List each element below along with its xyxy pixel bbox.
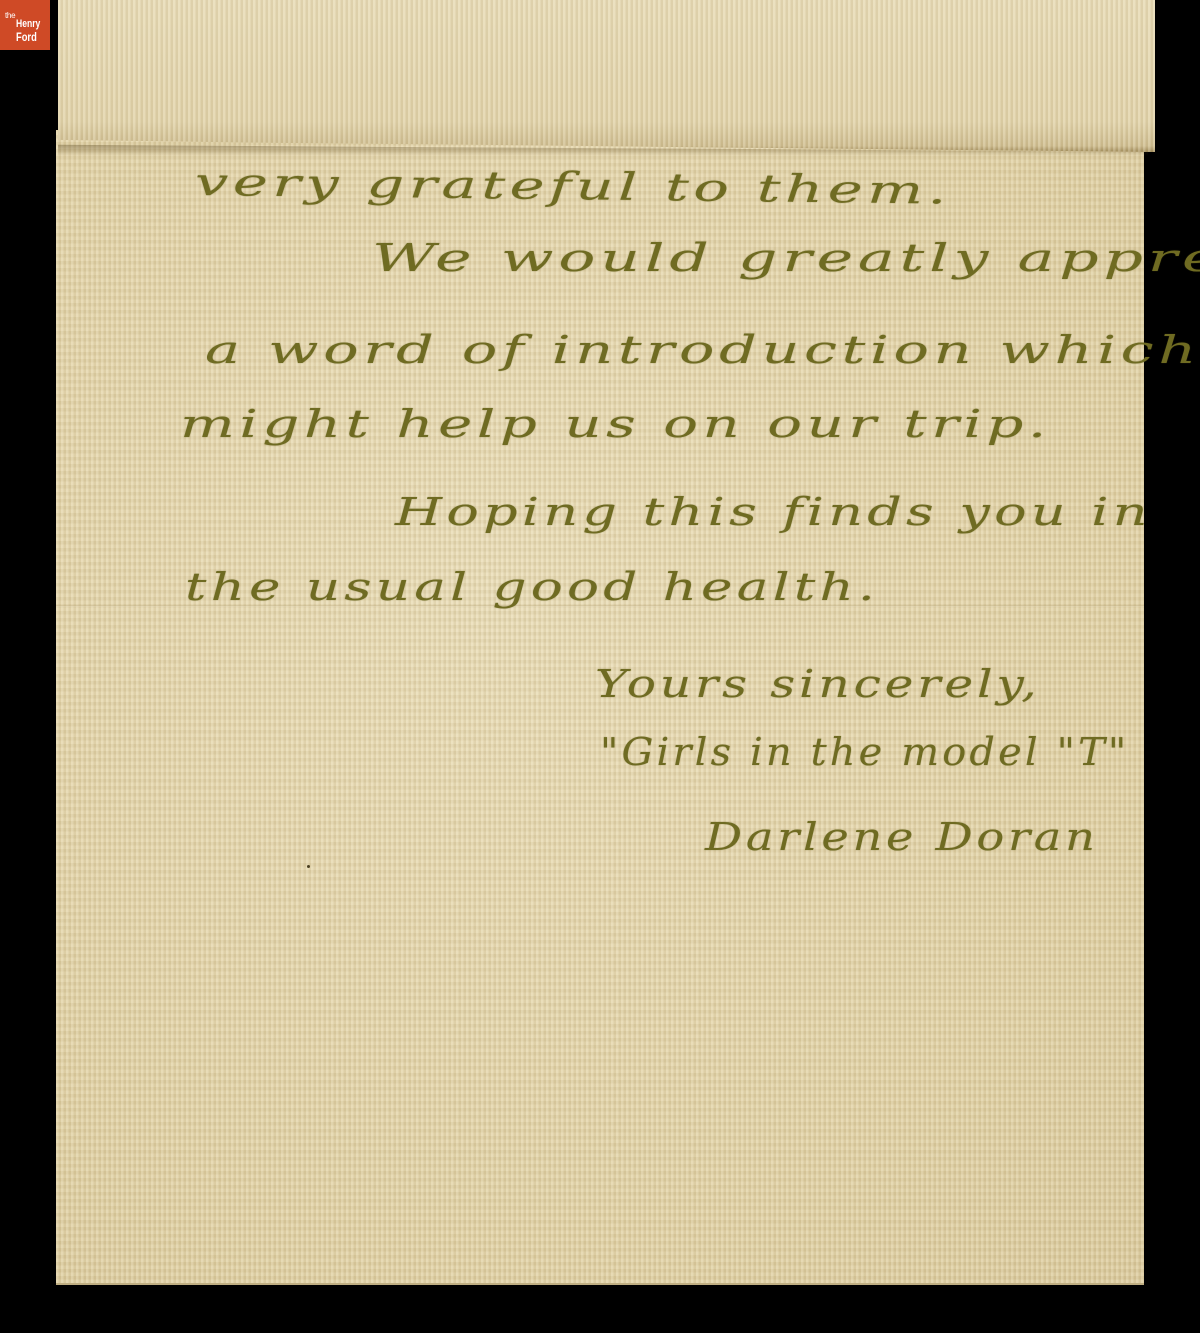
letter-line-1: very grateful to them. <box>194 160 951 213</box>
logo-ford-text: Ford <box>16 31 37 43</box>
logo-the-text: the <box>5 12 15 20</box>
signature-group-name: "Girls in the model "T" <box>600 730 1129 774</box>
ink-speck <box>307 865 310 868</box>
folded-top-flap <box>58 0 1155 152</box>
letter-line-6: the usual good health. <box>185 565 879 609</box>
letter-page <box>56 130 1144 1283</box>
henry-ford-logo: the Henry Ford <box>0 0 50 50</box>
letter-line-3: a word of introduction which <box>205 328 1200 372</box>
letter-line-5: Hoping this finds you in <box>395 490 1152 534</box>
signature-name: Darlene Doran <box>705 815 1099 859</box>
letter-line-4: might help us on our trip. <box>180 402 1051 446</box>
logo-henry-text: Henry <box>16 19 40 30</box>
letter-line-2: We would greatly appreciate <box>372 236 1200 280</box>
letter-closing: Yours sincerely, <box>595 662 1041 706</box>
